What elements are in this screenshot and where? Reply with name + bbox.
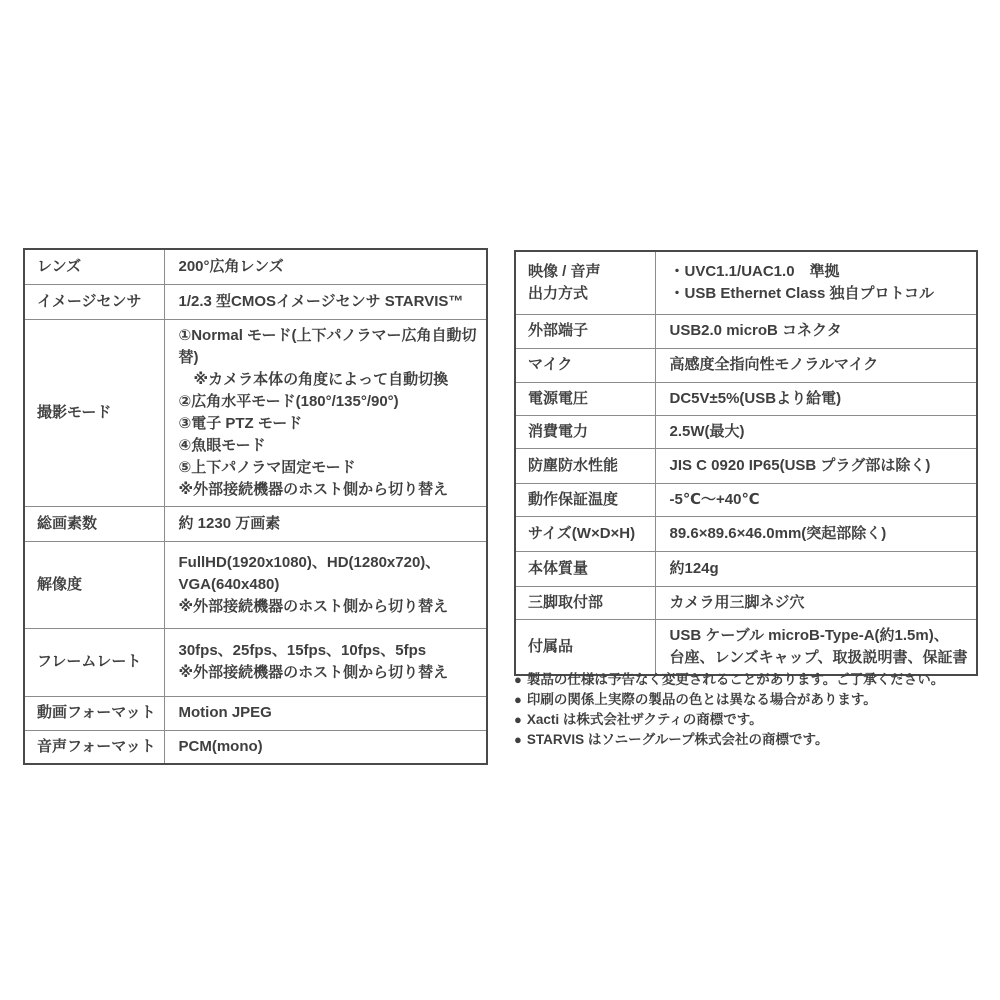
spec-value: 30fps、25fps、15fps、10fps、5fps ※外部接続機器のホスト… xyxy=(164,628,487,696)
table-row: イメージセンサ 1/2.3 型CMOSイメージセンサ STARVIS™ xyxy=(24,284,487,319)
spec-table-left: レンズ 200°広角レンズ イメージセンサ 1/2.3 型CMOSイメージセンサ… xyxy=(23,248,488,765)
spec-value: USB ケーブル microB-Type-A(約1.5m)、 台座、レンズキャッ… xyxy=(655,619,977,675)
footnote: ● 印刷の関係上実際の製品の色とは異なる場合があります。 xyxy=(514,690,984,710)
table-row: レンズ 200°広角レンズ xyxy=(24,249,487,284)
table-row: 三脚取付部 カメラ用三脚ネジ穴 xyxy=(515,586,977,619)
spec-value: 2.5W(最大) xyxy=(655,415,977,448)
spec-value: ①Normal モード(上下パノラマー広角自動切替) ※カメラ本体の角度によって… xyxy=(164,319,487,506)
table-row: 防塵防水性能 JIS C 0920 IP65(USB プラグ部は除く) xyxy=(515,448,977,483)
table-row: 総画素数 約 1230 万画素 xyxy=(24,506,487,541)
spec-value: 約 1230 万画素 xyxy=(164,506,487,541)
table-row: 電源電圧 DC5V±5%(USBより給電) xyxy=(515,382,977,415)
spec-table-right: 映像 / 音声 出力方式 ・UVC1.1/UAC1.0 準拠 ・USB Ethe… xyxy=(514,250,978,676)
table-row: 動作保証温度 -5℃〜+40℃ xyxy=(515,483,977,516)
spec-label: 防塵防水性能 xyxy=(515,448,655,483)
footnote: ● Xacti は株式会社ザクティの商標です。 xyxy=(514,710,984,730)
spec-value: 89.6×89.6×46.0mm(突起部除く) xyxy=(655,516,977,551)
table-row: 動画フォーマット Motion JPEG xyxy=(24,696,487,730)
spec-label: イメージセンサ xyxy=(24,284,164,319)
footnote-text: STARVIS はソニーグループ株式会社の商標です。 xyxy=(527,730,829,750)
spec-label: 三脚取付部 xyxy=(515,586,655,619)
bullet-icon: ● xyxy=(514,690,522,710)
spec-label: 解像度 xyxy=(24,541,164,628)
table-row: 映像 / 音声 出力方式 ・UVC1.1/UAC1.0 準拠 ・USB Ethe… xyxy=(515,251,977,314)
spec-label: 本体質量 xyxy=(515,551,655,586)
spec-value: カメラ用三脚ネジ穴 xyxy=(655,586,977,619)
spec-value: FullHD(1920x1080)、HD(1280x720)、 VGA(640x… xyxy=(164,541,487,628)
spec-value: DC5V±5%(USBより給電) xyxy=(655,382,977,415)
spec-label: 動画フォーマット xyxy=(24,696,164,730)
spec-value: JIS C 0920 IP65(USB プラグ部は除く) xyxy=(655,448,977,483)
spec-value: USB2.0 microB コネクタ xyxy=(655,314,977,348)
spec-value: PCM(mono) xyxy=(164,730,487,764)
spec-value: Motion JPEG xyxy=(164,696,487,730)
table-row: 付属品 USB ケーブル microB-Type-A(約1.5m)、 台座、レン… xyxy=(515,619,977,675)
spec-label: 映像 / 音声 出力方式 xyxy=(515,251,655,314)
spec-label: 総画素数 xyxy=(24,506,164,541)
spec-label: サイズ(W×D×H) xyxy=(515,516,655,551)
footnote-text: 製品の仕様は予告なく変更されることがあります。ご了承ください。 xyxy=(527,670,944,690)
table-row: 消費電力 2.5W(最大) xyxy=(515,415,977,448)
table-row: 撮影モード ①Normal モード(上下パノラマー広角自動切替) ※カメラ本体の… xyxy=(24,319,487,506)
spec-label: フレームレート xyxy=(24,628,164,696)
spec-label: 撮影モード xyxy=(24,319,164,506)
spec-label: マイク xyxy=(515,348,655,382)
table-row: フレームレート 30fps、25fps、15fps、10fps、5fps ※外部… xyxy=(24,628,487,696)
footnote-text: 印刷の関係上実際の製品の色とは異なる場合があります。 xyxy=(527,690,877,710)
footnote-text: Xacti は株式会社ザクティの商標です。 xyxy=(527,710,763,730)
spec-sheet-page: レンズ 200°広角レンズ イメージセンサ 1/2.3 型CMOSイメージセンサ… xyxy=(0,0,1000,1000)
spec-label: 電源電圧 xyxy=(515,382,655,415)
table-row: 音声フォーマット PCM(mono) xyxy=(24,730,487,764)
table-row: 解像度 FullHD(1920x1080)、HD(1280x720)、 VGA(… xyxy=(24,541,487,628)
spec-value: -5℃〜+40℃ xyxy=(655,483,977,516)
spec-label: 付属品 xyxy=(515,619,655,675)
spec-value: ・UVC1.1/UAC1.0 準拠 ・USB Ethernet Class 独自… xyxy=(655,251,977,314)
table-row: 外部端子 USB2.0 microB コネクタ xyxy=(515,314,977,348)
spec-value: 高感度全指向性モノラルマイク xyxy=(655,348,977,382)
footnotes: ● 製品の仕様は予告なく変更されることがあります。ご了承ください。 ● 印刷の関… xyxy=(514,670,984,750)
bullet-icon: ● xyxy=(514,710,522,730)
bullet-icon: ● xyxy=(514,670,522,690)
table-row: マイク 高感度全指向性モノラルマイク xyxy=(515,348,977,382)
spec-value: 200°広角レンズ xyxy=(164,249,487,284)
spec-value: 約124g xyxy=(655,551,977,586)
spec-value: 1/2.3 型CMOSイメージセンサ STARVIS™ xyxy=(164,284,487,319)
spec-label: 消費電力 xyxy=(515,415,655,448)
footnote: ● STARVIS はソニーグループ株式会社の商標です。 xyxy=(514,730,984,750)
spec-label: レンズ xyxy=(24,249,164,284)
table-row: サイズ(W×D×H) 89.6×89.6×46.0mm(突起部除く) xyxy=(515,516,977,551)
spec-label: 動作保証温度 xyxy=(515,483,655,516)
footnote: ● 製品の仕様は予告なく変更されることがあります。ご了承ください。 xyxy=(514,670,984,690)
spec-label: 外部端子 xyxy=(515,314,655,348)
table-row: 本体質量 約124g xyxy=(515,551,977,586)
bullet-icon: ● xyxy=(514,730,522,750)
spec-label: 音声フォーマット xyxy=(24,730,164,764)
